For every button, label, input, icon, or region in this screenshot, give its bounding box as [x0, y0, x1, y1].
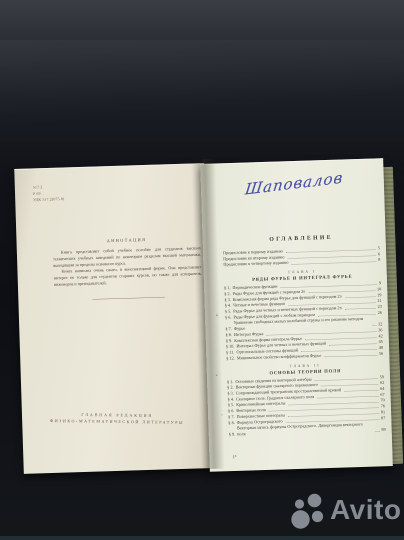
ink-stain: [221, 414, 223, 415]
toc-entry-page: 26: [378, 310, 382, 316]
background-bottom-edge: [0, 536, 404, 540]
dot-leader: [292, 261, 377, 264]
handwritten-owner-name: Шаповалов: [244, 169, 344, 199]
toc-entry-label: Минимальное свойство коэффициентов Фурье: [237, 353, 322, 362]
avito-logo-icon: [291, 490, 327, 530]
dot-leader: [372, 326, 376, 327]
divider-rule: [92, 297, 164, 300]
right-page: Шаповалов ОГЛАВЛЕНИЕ Предисловие к перво…: [200, 158, 393, 472]
toc-entry-number: § 9.: [229, 431, 236, 437]
toc-entry-page: 89: [381, 427, 385, 433]
toc-heading: ОГЛАВЛЕНИЕ: [223, 232, 380, 243]
toc-entry-page: 87: [381, 415, 385, 421]
avito-watermark-text: Avito: [330, 494, 401, 526]
left-page-content: 517.2 Р 69 УДК 517.2(075.8) АННОТАЦИЯ Кн…: [14, 164, 213, 474]
toc-entry-number: § 6.: [225, 314, 232, 320]
ink-stain: [216, 375, 218, 377]
toc-entry-number: § 8.: [228, 420, 235, 426]
dot-leader: [324, 355, 377, 357]
publisher-imprint: ГЛАВНАЯ РЕДАКЦИЯ ФИЗИКО-МАТЕМАТИЧЕСКОЙ Л…: [22, 412, 212, 426]
annotation-block: АННОТАЦИЯ Книга представляет собой учебн…: [53, 235, 203, 300]
dot-leader: [375, 431, 379, 432]
imprint-line: ФИЗИКО-МАТЕМАТИЧЕСКОЙ ЛИТЕРАТУРЫ: [22, 418, 212, 425]
toc-entry-page: 8: [378, 257, 380, 263]
toc-entry-page: 56: [379, 351, 383, 357]
printer-signature-mark: 1*: [232, 454, 236, 459]
catalog-line: УДК 517.2(075.8): [33, 196, 64, 203]
fabric-background: [0, 40, 404, 150]
annotation-paragraph: Книга написана очень сжато, в конспектив…: [53, 264, 202, 288]
annotation-title: АННОТАЦИЯ: [53, 235, 201, 245]
left-page: 517.2 Р 69 УДК 517.2(075.8) АННОТАЦИЯ Кн…: [14, 163, 213, 474]
toc-entry-number: § 12.: [226, 355, 235, 361]
photo-of-open-book: 517.2 Р 69 УДК 517.2(075.8) АННОТАЦИЯ Кн…: [0, 0, 404, 540]
toc-entry-label: Предисловие к четвертому изданию: [223, 260, 288, 268]
catalog-stamp: 517.2 Р 69 УДК 517.2(075.8): [33, 184, 65, 204]
right-page-content: Шаповалов ОГЛАВЛЕНИЕ Предисловие к перво…: [200, 159, 393, 472]
table-of-contents: ОГЛАВЛЕНИЕ Предисловие к первому изданию…: [223, 232, 386, 437]
avito-watermark: Avito: [291, 490, 401, 530]
ink-stain: [216, 314, 218, 316]
